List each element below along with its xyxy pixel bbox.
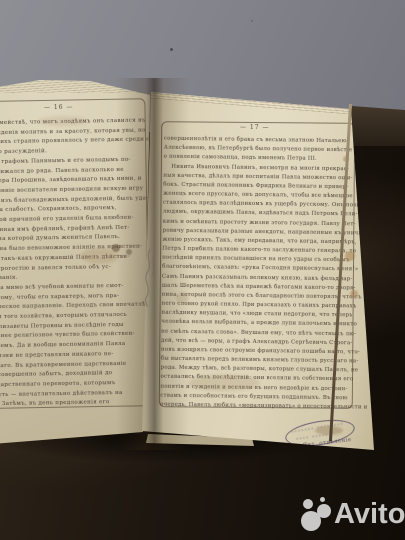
left-page-text: виднымъ семействѣ, что могъ злодѣямъ онъ…	[0, 116, 163, 410]
avito-watermark: Avito	[293, 494, 405, 534]
text-line: ную душу. Затѣмъ, въ день предложенія ег…	[0, 398, 163, 411]
pencil-marking	[140, 246, 160, 308]
foxing-spot	[176, 292, 188, 304]
avito-logo-circle-icon	[303, 499, 313, 509]
wall-speck	[170, 48, 173, 51]
right-page-number: — 17 —	[240, 124, 270, 131]
water-stain	[188, 375, 260, 391]
ink-spot	[112, 244, 120, 252]
avito-logo-circle-icon	[320, 497, 325, 502]
left-page-number: — 16 —	[44, 104, 74, 112]
avito-wordmark: Avito	[334, 497, 405, 531]
right-page-text: совершеннолѣтія и его брака съ весьма зн…	[160, 135, 354, 413]
left-page: — 16 — виднымъ семействѣ, что могъ злодѣ…	[0, 76, 156, 448]
text-line: очередь, Павелъ любилъ «морализировать» …	[160, 401, 350, 413]
foxing-spot	[350, 290, 358, 298]
foxing-spot	[345, 251, 355, 261]
wall-speck	[251, 20, 253, 22]
ink-spot	[126, 249, 132, 255]
listing-photo: — 16 — виднымъ семействѣ, что могъ злодѣ…	[0, 0, 405, 540]
avito-logo-circle-icon	[317, 504, 331, 518]
foxing-stain	[38, 116, 88, 126]
